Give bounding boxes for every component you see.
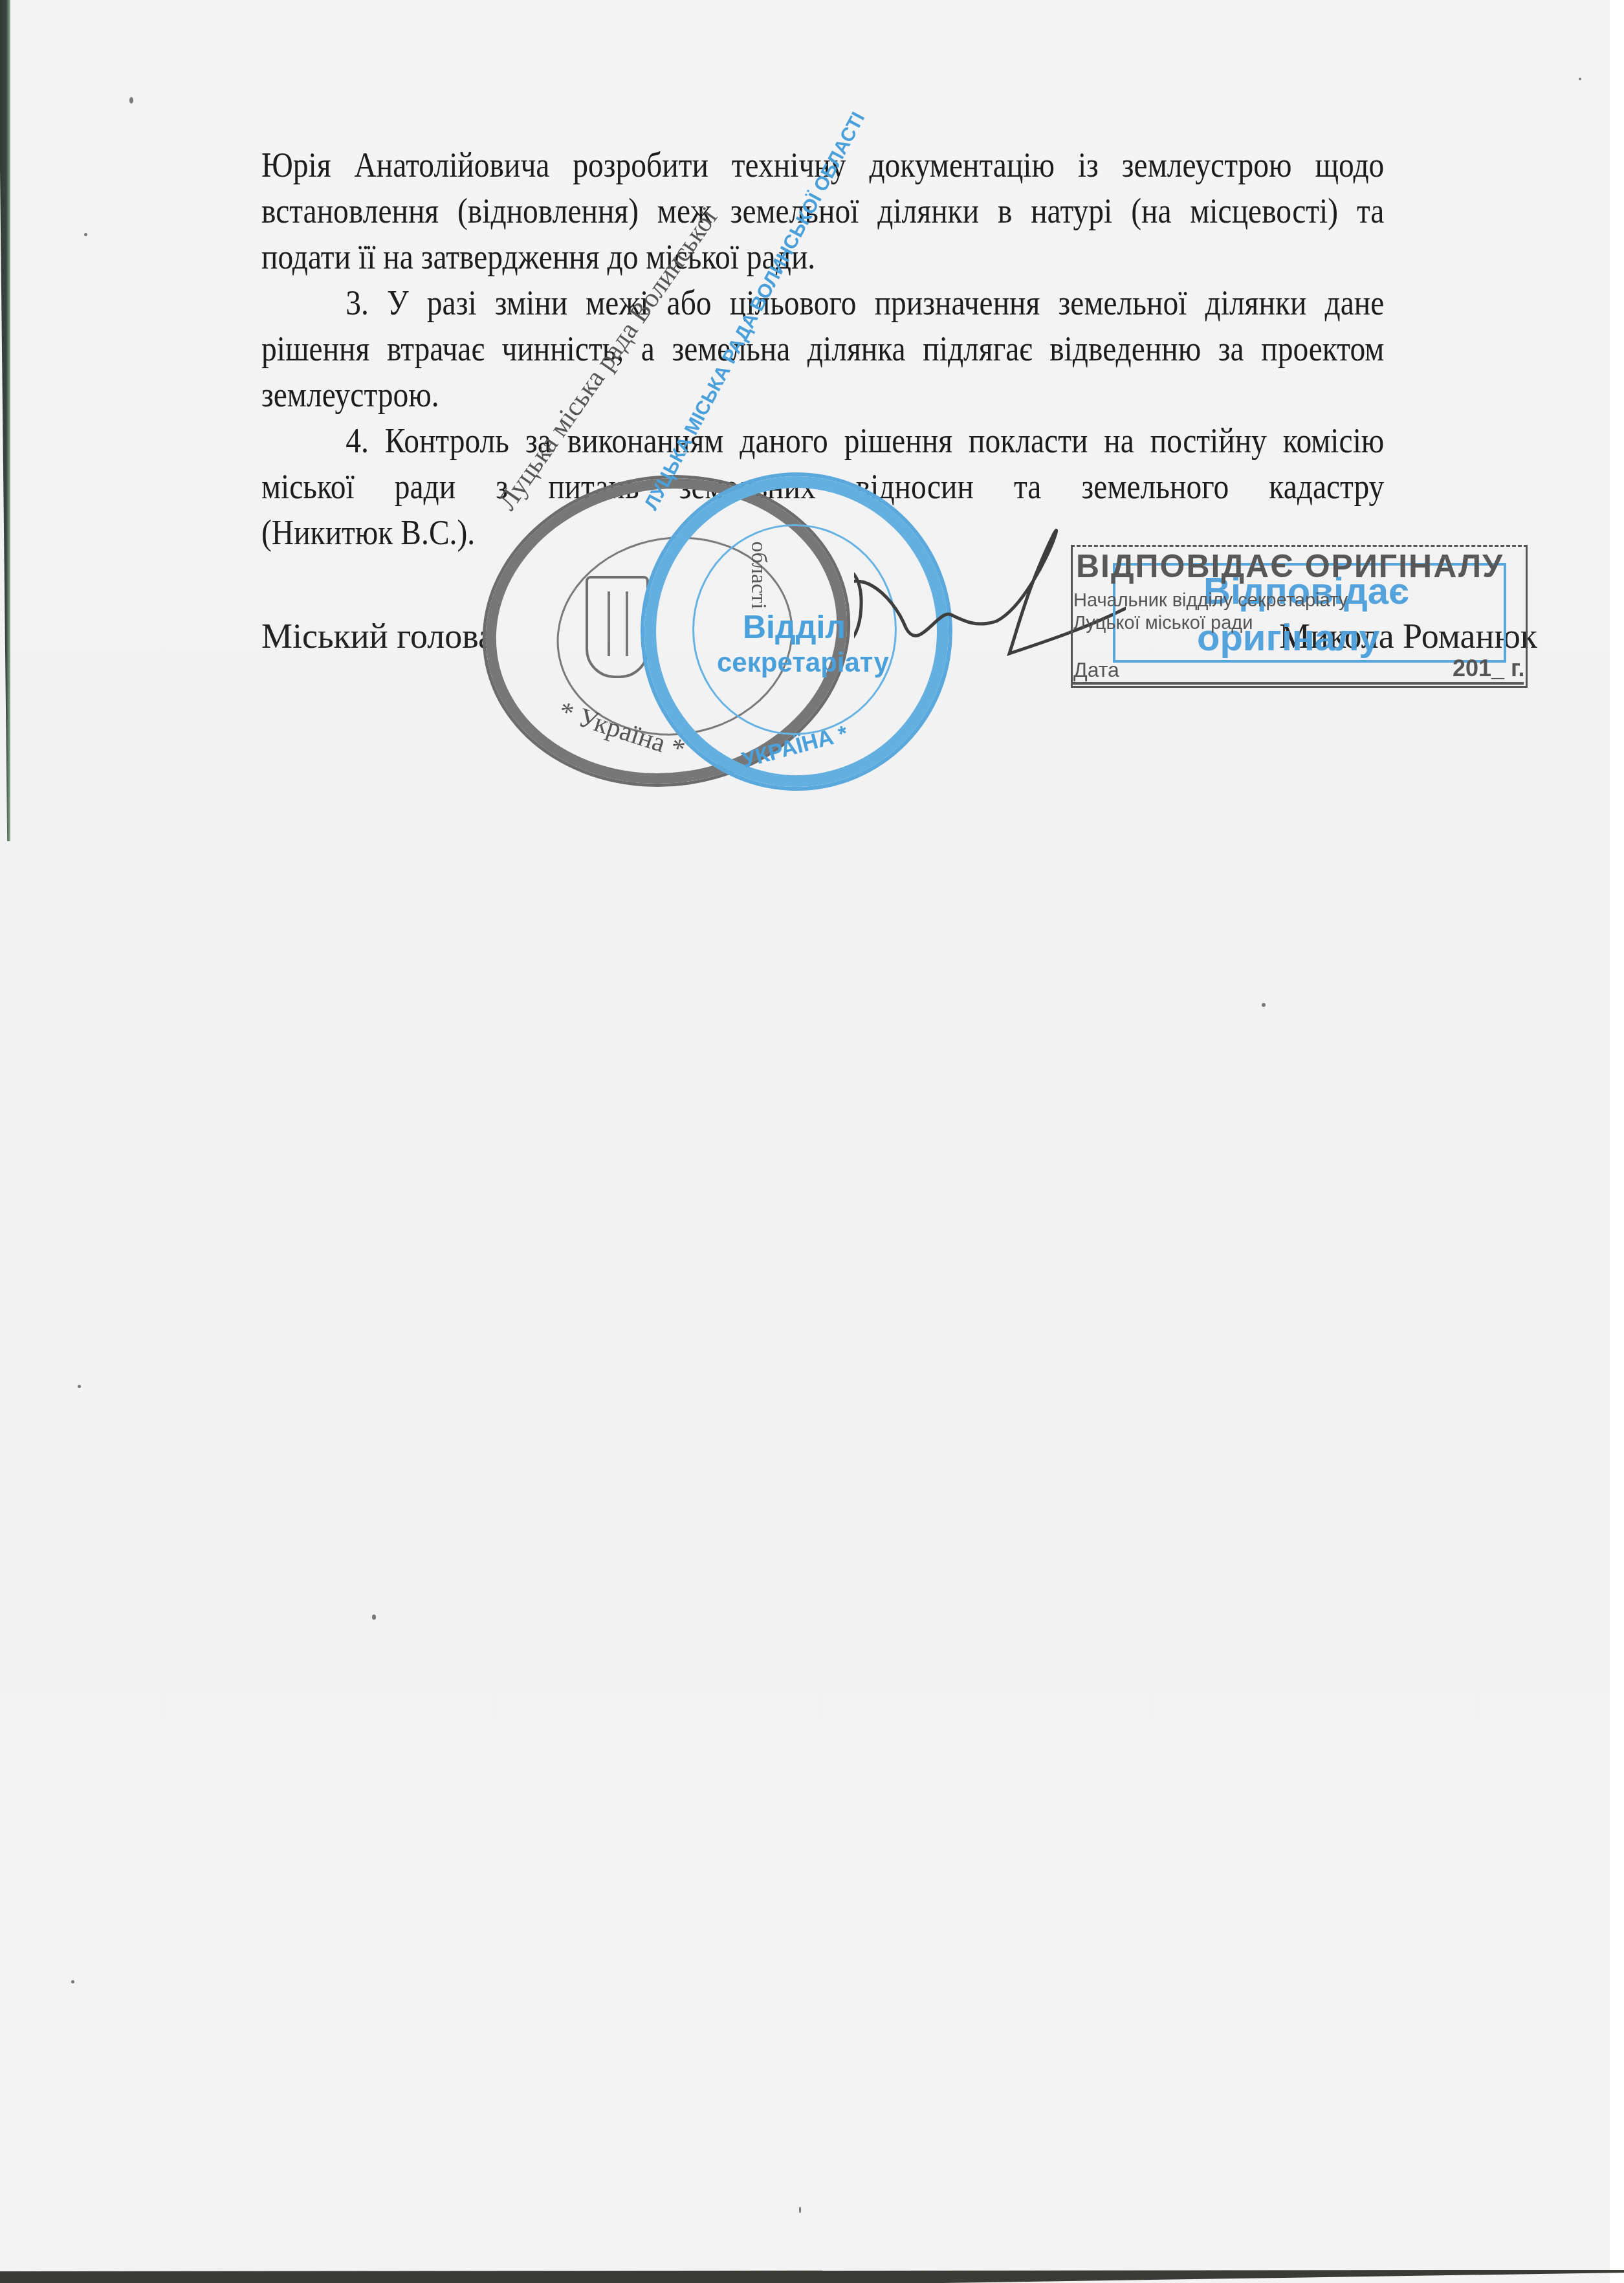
- item-3-line: рішення втрачає чинність, а земельна діл…: [261, 326, 1384, 372]
- cert-stamp-position: Начальник відділу секретаріату: [1073, 590, 1348, 612]
- scan-speck: [78, 1385, 81, 1388]
- cert-stamp-organization: Луцької міської ради: [1073, 613, 1253, 634]
- item-3-line: 3. У разі зміни межі або цільового призн…: [261, 280, 1384, 326]
- item-4-line: 4. Контроль за виконанням даного рішення…: [261, 418, 1384, 464]
- cert-stamp-bottom-rule: [1071, 682, 1524, 685]
- scan-left-edge-shadow: [0, 0, 10, 841]
- scan-speck: [129, 97, 133, 104]
- scan-bottom-edge-shadow: [0, 2270, 1624, 2283]
- paragraph-line: подати її на затвердження до міської рад…: [261, 234, 1384, 280]
- scan-speck: [1262, 1003, 1266, 1007]
- blue-seal-center-line-1: Відділ: [743, 608, 846, 646]
- trident-coat-of-arms-icon: [586, 576, 649, 678]
- scan-speck: [799, 2207, 801, 2213]
- cert-stamp-date-label: Дата: [1073, 658, 1119, 682]
- cert-stamp-title: ВІДПОВІДАЄ ОРИГІНАЛУ: [1076, 547, 1504, 585]
- scan-right-edge: [1610, 0, 1624, 2283]
- scan-speck: [84, 233, 87, 236]
- signatory-title: Міський голова: [261, 616, 494, 656]
- item-3-line: землеустрою.: [261, 372, 1384, 418]
- scanned-page: Юрія Анатолійовича розробити технічну до…: [0, 0, 1624, 2283]
- cert-stamp-date-year: 201_ г.: [1453, 655, 1524, 682]
- scan-speck: [1579, 78, 1581, 80]
- scan-speck: [372, 1615, 376, 1620]
- certified-copy-stamp: ВІДПОВІДАЄ ОРИГІНАЛУ Начальник відділу с…: [1071, 545, 1531, 690]
- scan-speck: [71, 1980, 74, 1983]
